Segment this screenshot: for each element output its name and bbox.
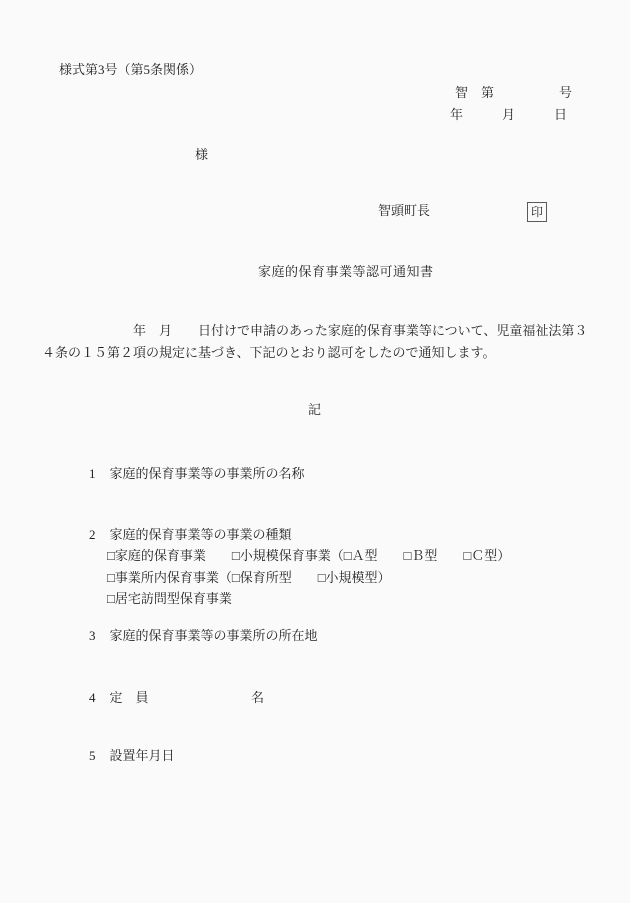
item-2-checkbox-line-2: □事業所内保育事業（□保育所型 □小規模型）: [107, 570, 391, 585]
body-paragraph-line-1: 年 月 日付けで申請のあった家庭的保育事業等について、児童福祉法第３: [42, 323, 587, 338]
document-title: 家庭的保育事業等認可通知書: [258, 264, 434, 279]
item-1-label: 家庭的保育事業等の事業所の名称: [110, 466, 305, 481]
item-4: 4 定 員: [89, 690, 149, 705]
seal-mark: 印: [527, 202, 547, 222]
item-4-label: 定 員: [110, 690, 149, 705]
item-2: 2 家庭的保育事業等の事業の種類: [89, 527, 292, 542]
item-5-number: 5: [89, 748, 96, 763]
item-4-unit: 名: [251, 690, 264, 705]
item-4-number: 4: [89, 690, 96, 705]
item-3-number: 3: [89, 628, 96, 643]
item-5: 5 設置年月日: [89, 748, 175, 763]
date-line: 年 月 日: [450, 107, 567, 122]
body-paragraph-line-2: ４条の１５第２項の規定に基づき、下記のとおり認可をしたので通知します。: [42, 345, 495, 360]
item-1: 1 家庭的保育事業等の事業所の名称: [89, 466, 305, 481]
item-3-label: 家庭的保育事業等の事業所の所在地: [110, 628, 318, 643]
item-1-number: 1: [89, 466, 96, 481]
item-2-checkbox-line-1: □家庭的保育事業 □小規模保育事業（□Ａ型 □Ｂ型 □Ｃ型）: [107, 548, 510, 563]
item-3: 3 家庭的保育事業等の事業所の所在地: [89, 628, 318, 643]
issuer-title: 智頭町長: [378, 203, 430, 218]
addressee-suffix: 様: [195, 147, 208, 162]
item-2-number: 2: [89, 527, 96, 542]
item-2-label: 家庭的保育事業等の事業の種類: [110, 527, 292, 542]
item-2-checkbox-line-3: □居宅訪問型保育事業: [107, 591, 232, 606]
section-marker: 記: [308, 402, 321, 417]
doc-number-line: 智 第 号: [455, 85, 572, 100]
item-5-label: 設置年月日: [110, 748, 175, 763]
notice-document-page: 様式第3号（第5条関係） 智 第 号 年 月 日 様 智頭町長 印 家庭的保育事…: [0, 0, 630, 903]
form-number: 様式第3号（第5条関係）: [59, 62, 202, 77]
